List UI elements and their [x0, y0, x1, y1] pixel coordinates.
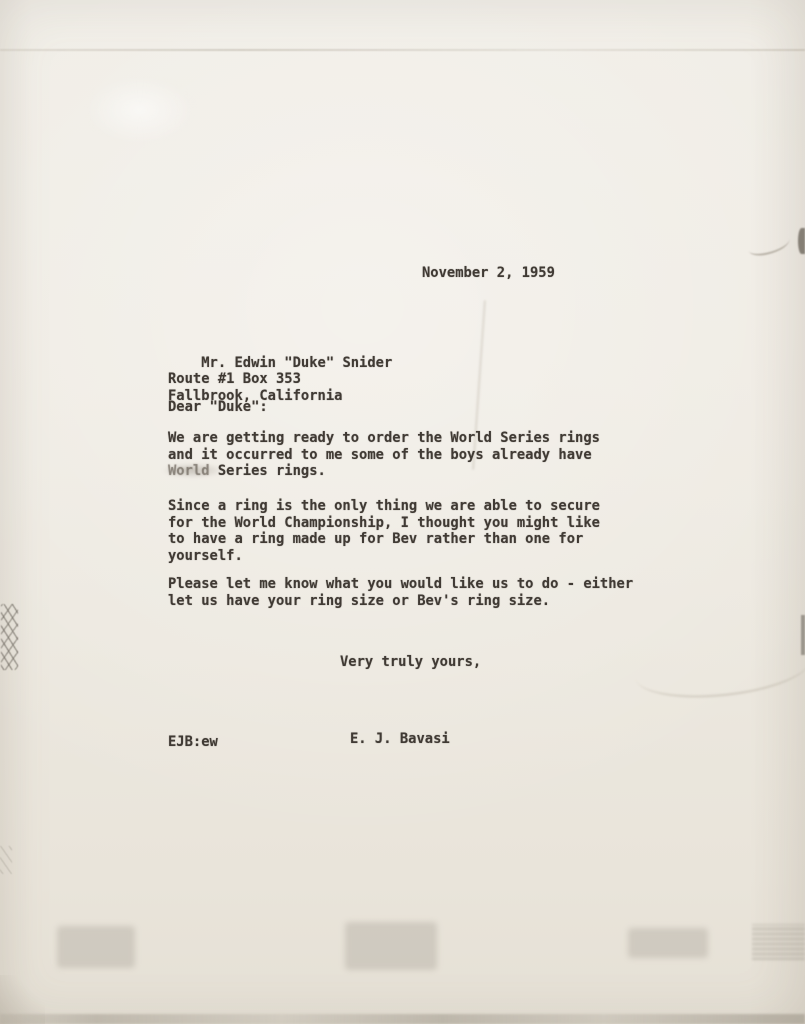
paper-crease-highlight: [85, 75, 195, 145]
bleed-through-smudge: [57, 926, 135, 968]
paragraph-1-text: We are getting ready to order the World …: [168, 430, 600, 463]
complimentary-close: Very truly yours,: [340, 654, 481, 671]
pencil-smudge-mark: [0, 846, 12, 874]
paragraph-2: Since a ring is the only thing we are ab…: [168, 498, 600, 565]
signature-name: E. J. Bavasi: [350, 731, 450, 748]
letter-date: November 2, 1959: [422, 265, 555, 282]
bleed-through-smudge: [628, 928, 708, 958]
wrinkle-mark: [633, 633, 805, 705]
horizontal-crease: [0, 49, 805, 51]
bleed-through-smudge: [345, 922, 437, 970]
corner-fold-shadow: [0, 975, 45, 1024]
typist-initials: EJB:ew: [168, 734, 218, 751]
faded-word: World: [168, 463, 210, 479]
pencil-crosshatch-mark: [1, 604, 18, 670]
edge-shadow-mark: [801, 615, 805, 655]
paragraph-1-end: Series rings.: [210, 463, 326, 479]
paragraph-1: We are getting ready to order the World …: [168, 430, 600, 480]
bottom-edge-shadow: [0, 1014, 805, 1024]
recipient-street: Route #1 Box 353: [168, 371, 301, 387]
scanned-letter-page: { "letter": { "date": "November 2, 1959"…: [0, 0, 805, 1024]
scratch-mark: [747, 232, 792, 258]
recipient-name: Mr. Edwin "Duke" Snider: [201, 355, 392, 371]
edge-tear-mark: [798, 228, 805, 254]
letter-paper: November 2, 1959 Mr. Edwin "Duke" Snider…: [0, 0, 805, 1024]
paragraph-3: Please let me know what you would like u…: [168, 576, 633, 609]
salutation: Dear "Duke":: [168, 399, 268, 416]
bleed-through-smudge: [752, 924, 805, 960]
